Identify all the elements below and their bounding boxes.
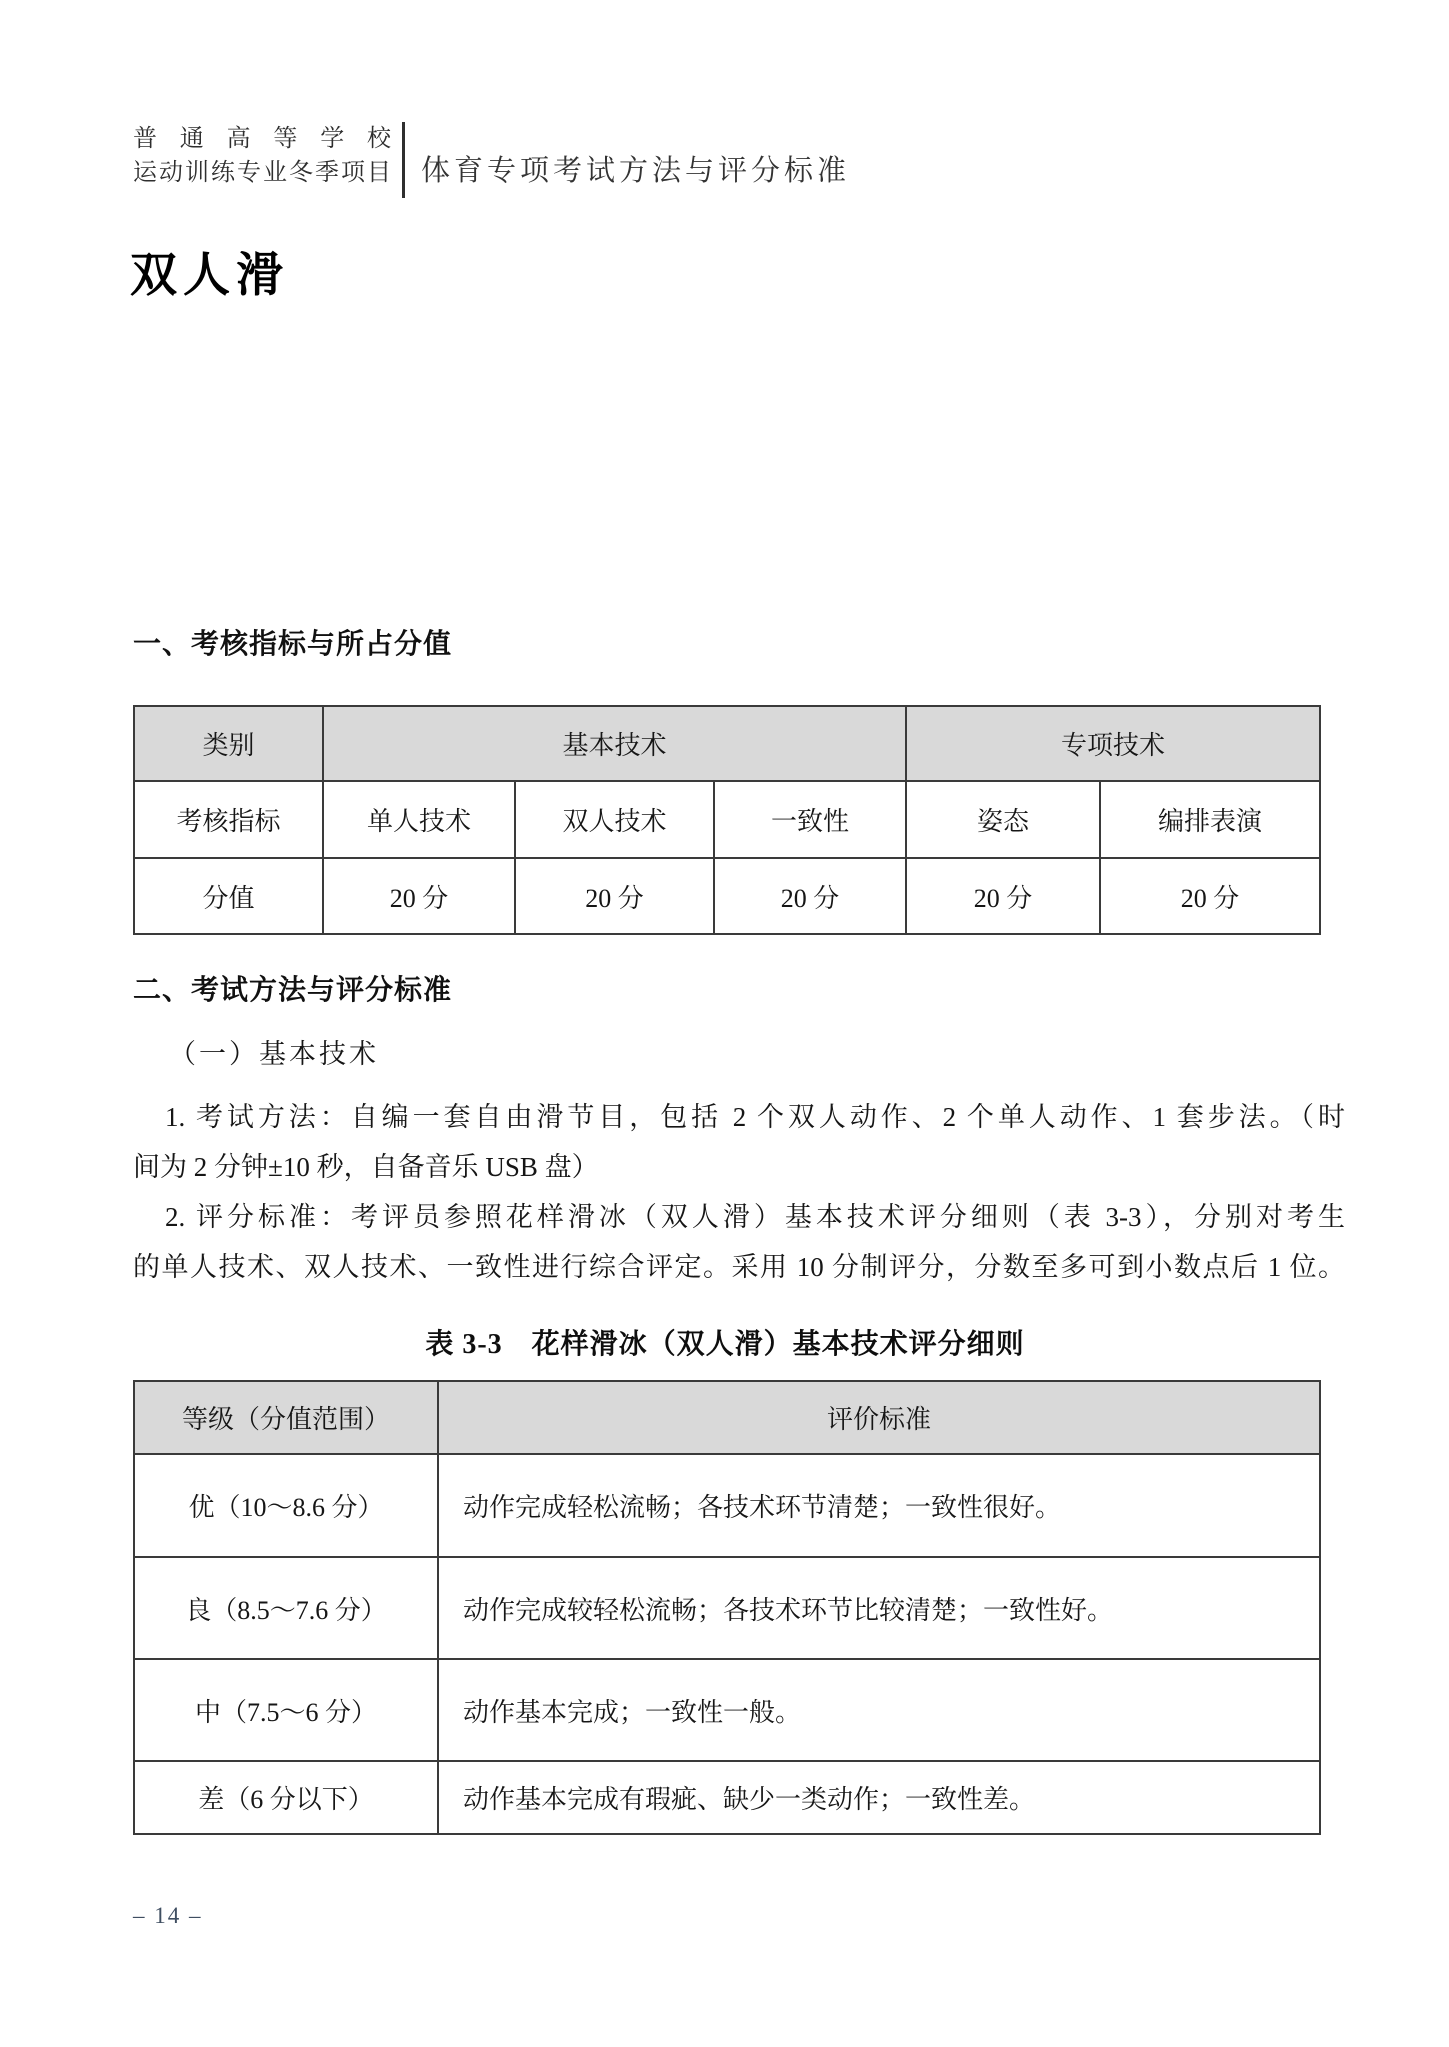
cell-criteria-medium: 动作基本完成；一致性一般。 [438, 1659, 1320, 1761]
body-paragraphs: 1. 考试方法：自编一套自由滑节目，包括 2 个双人动作、2 个单人动作、1 套… [133, 1092, 1345, 1292]
header-divider [402, 122, 405, 198]
scoring-standard-line-2: 的单人技术、双人技术、一致性进行综合评定。采用 10 分制评分，分数至多可到小数… [133, 1242, 1345, 1292]
cell-indicator-label: 考核指标 [134, 781, 323, 858]
basic-technique-subheading: （一）基本技术 [169, 1032, 379, 1071]
header-program-line: 运动训练专业冬季项目 [133, 156, 391, 190]
indicators-row: 考核指标 单人技术 双人技术 一致性 姿态 编排表演 [134, 781, 1320, 858]
page-number: – 14 – [133, 1903, 203, 1929]
rubric-row-poor: 差（6 分以下） 动作基本完成有瑕疵、缺少一类动作；一致性差。 [134, 1761, 1320, 1834]
rubric-row-medium: 中（7.5～6 分） 动作基本完成；一致性一般。 [134, 1659, 1320, 1761]
cell-group-special-technique: 专项技术 [906, 706, 1320, 781]
cell-group-basic-technique: 基本技术 [323, 706, 906, 781]
cell-grade-excellent: 优（10～8.6 分） [134, 1454, 438, 1557]
header-left-block: 普通高等学校 运动训练专业冬季项目 [133, 122, 391, 190]
indicators-table: 类别 基本技术 专项技术 考核指标 单人技术 双人技术 一致性 姿态 编排表演 … [133, 705, 1321, 935]
scoring-standard-line-1: 2. 评分标准：考评员参照花样滑冰（双人滑）基本技术评分细则（表 3-3），分别… [133, 1192, 1345, 1242]
cell-grade-good: 良（8.5～7.6 分） [134, 1557, 438, 1659]
header-doc-title: 体育专项考试方法与评分标准 [421, 148, 850, 189]
cell-indicator-2: 双人技术 [515, 781, 714, 858]
cell-score-3: 20 分 [714, 858, 906, 934]
header-school-line: 普通高等学校 [133, 122, 391, 156]
cell-score-4: 20 分 [906, 858, 1100, 934]
cell-grade-header: 等级（分值范围） [134, 1381, 438, 1454]
cell-indicator-1: 单人技术 [323, 781, 515, 858]
cell-grade-poor: 差（6 分以下） [134, 1761, 438, 1834]
cell-score-1: 20 分 [323, 858, 515, 934]
table-3-3-caption: 表 3-3 花样滑冰（双人滑）基本技术评分细则 [133, 1322, 1317, 1362]
cell-grade-medium: 中（7.5～6 分） [134, 1659, 438, 1761]
cell-score-5: 20 分 [1100, 858, 1320, 934]
rubric-row-good: 良（8.5～7.6 分） 动作完成较轻松流畅；各技术环节比较清楚；一致性好。 [134, 1557, 1320, 1659]
cell-criteria-poor: 动作基本完成有瑕疵、缺少一类动作；一致性差。 [438, 1761, 1320, 1834]
cell-score-label: 分值 [134, 858, 323, 934]
indicators-table-header-row: 类别 基本技术 专项技术 [134, 706, 1320, 781]
exam-method-line-1: 1. 考试方法：自编一套自由滑节目，包括 2 个双人动作、2 个单人动作、1 套… [133, 1092, 1345, 1142]
cell-score-2: 20 分 [515, 858, 714, 934]
section-1-heading: 一、考核指标与所占分值 [133, 622, 452, 662]
rubric-table: 等级（分值范围） 评价标准 优（10～8.6 分） 动作完成轻松流畅；各技术环节… [133, 1380, 1321, 1835]
cell-indicator-3: 一致性 [714, 781, 906, 858]
section-2-heading: 二、考试方法与评分标准 [133, 968, 452, 1008]
page-title: 双人滑 [130, 238, 289, 305]
cell-category-label: 类别 [134, 706, 323, 781]
rubric-row-excellent: 优（10～8.6 分） 动作完成轻松流畅；各技术环节清楚；一致性很好。 [134, 1454, 1320, 1557]
document-page: 普通高等学校 运动训练专业冬季项目 体育专项考试方法与评分标准 双人滑 一、考核… [0, 0, 1449, 2047]
cell-criteria-good: 动作完成较轻松流畅；各技术环节比较清楚；一致性好。 [438, 1557, 1320, 1659]
cell-criteria-header: 评价标准 [438, 1381, 1320, 1454]
cell-indicator-4: 姿态 [906, 781, 1100, 858]
exam-method-line-2: 间为 2 分钟±10 秒，自备音乐 USB 盘） [133, 1142, 1345, 1192]
cell-criteria-excellent: 动作完成轻松流畅；各技术环节清楚；一致性很好。 [438, 1454, 1320, 1557]
cell-indicator-5: 编排表演 [1100, 781, 1320, 858]
scores-row: 分值 20 分 20 分 20 分 20 分 20 分 [134, 858, 1320, 934]
rubric-header-row: 等级（分值范围） 评价标准 [134, 1381, 1320, 1454]
